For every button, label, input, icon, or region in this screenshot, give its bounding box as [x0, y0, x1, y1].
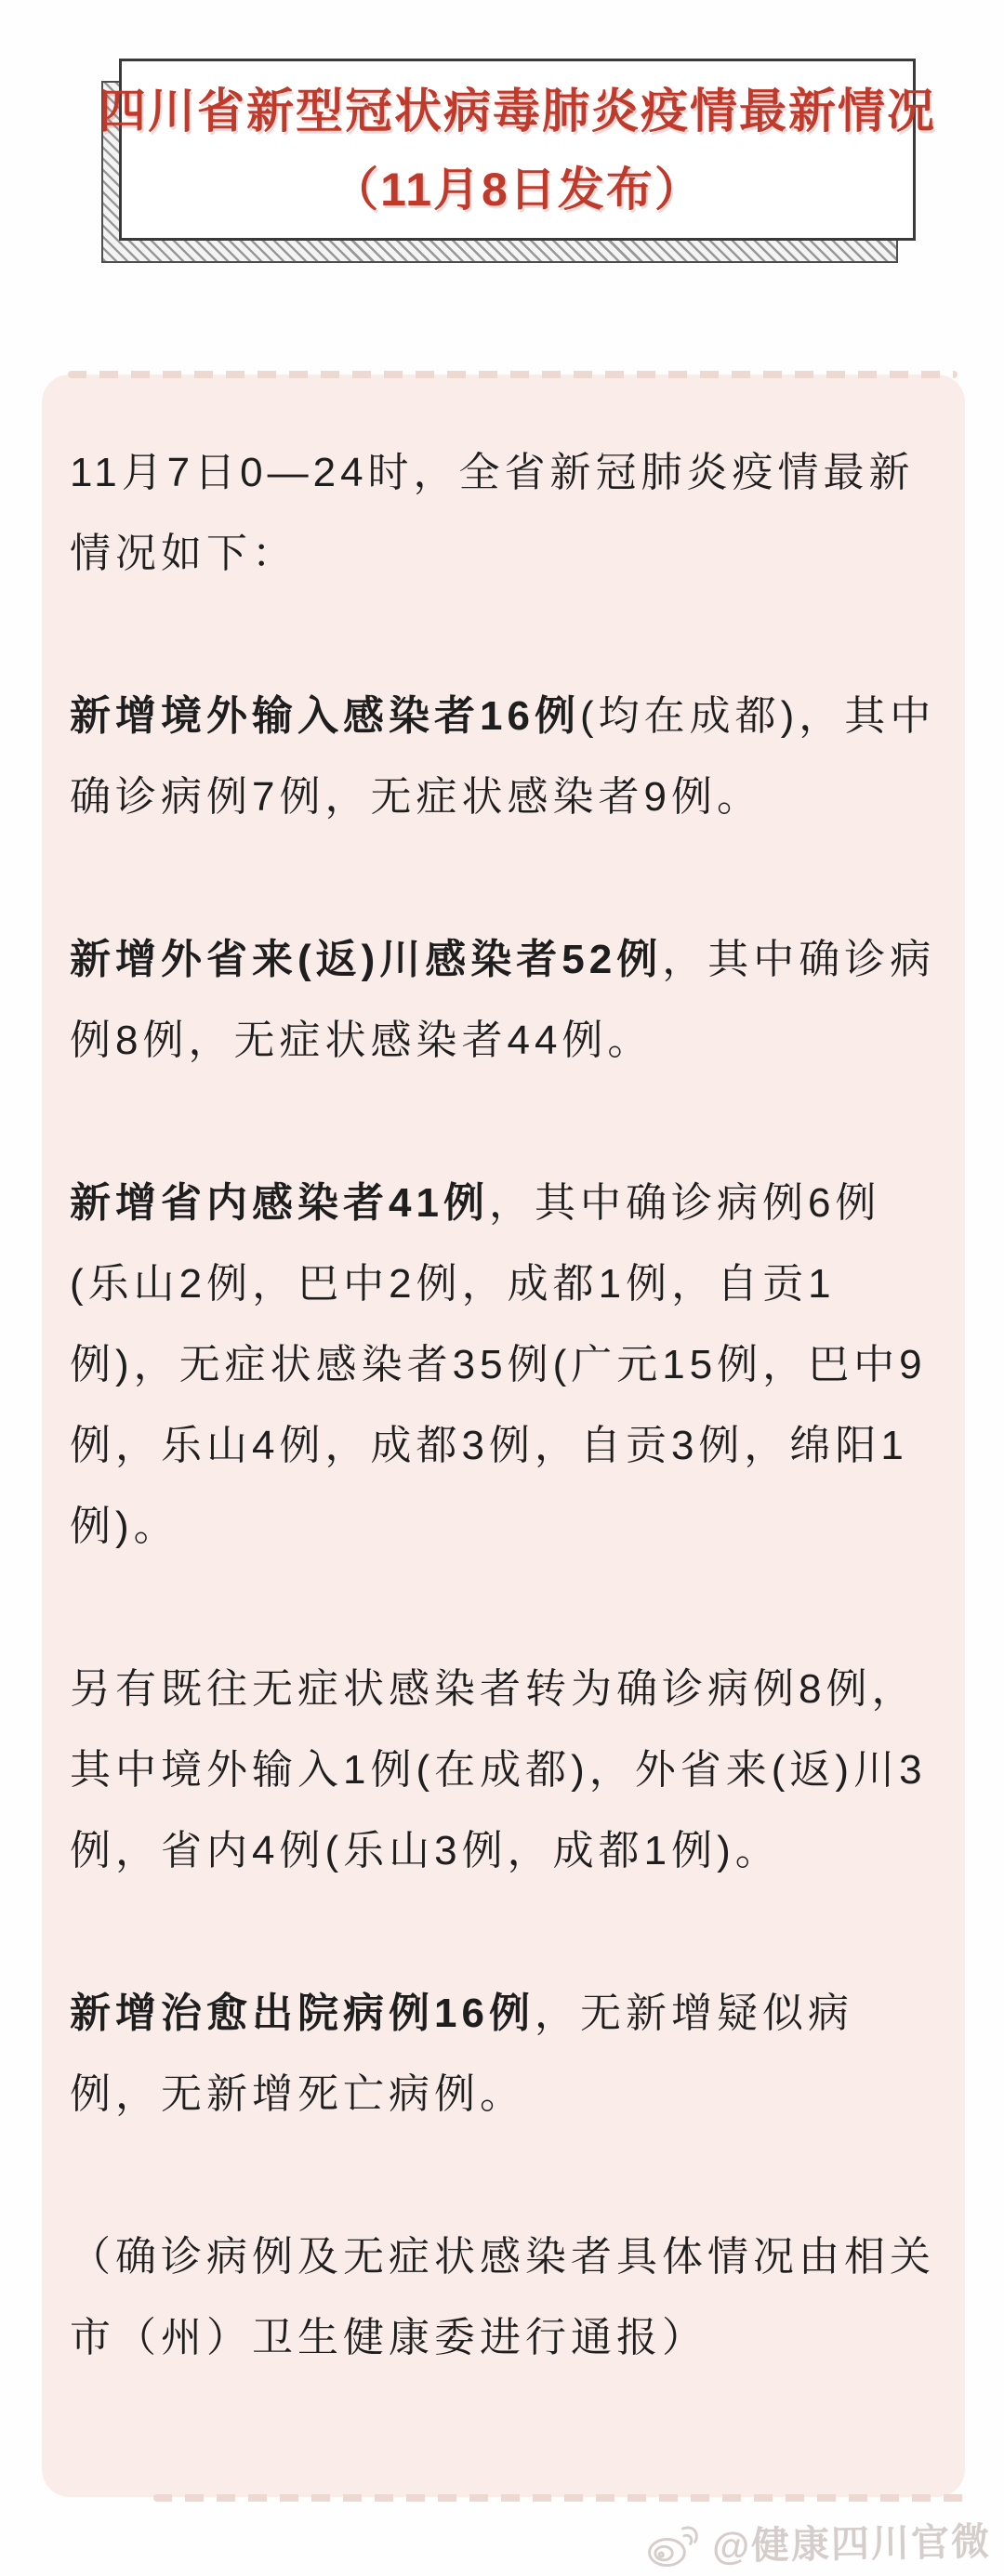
- title-line-2: （11月8日发布）: [332, 166, 703, 213]
- paragraph-bold-lead: 新增境外输入感染者16例: [70, 693, 580, 739]
- watermark: @健康四川官微: [645, 2511, 992, 2571]
- announcement-card: 11月7日0—24时，全省新冠肺炎疫情最新情况如下： 新增境外输入感染者16例(…: [42, 375, 965, 2497]
- title-plaque: 四川省新型冠状病毒肺炎疫情最新情况 （11月8日发布）: [119, 59, 916, 241]
- paragraph-text: ，其中确诊病例6例(乐山2例，巴中2例，成都1例，自贡1例)，无症状感染者35例…: [70, 1180, 927, 1549]
- weibo-logo-icon: [645, 2519, 704, 2569]
- paragraph-text: 11月7日0—24时，全省新冠肺炎疫情最新情况如下：: [70, 450, 915, 576]
- paragraph-text: （确诊病例及无症状感染者具体情况由相关市（州）卫生健康委进行通报）: [70, 2234, 935, 2360]
- stitch-border-bottom: [153, 2494, 971, 2502]
- paragraph: 新增省内感染者41例，其中确诊病例6例(乐山2例，巴中2例，成都1例，自贡1例)…: [70, 1163, 939, 1567]
- paragraph: 新增治愈出院病例16例，无新增疑似病例，无新增死亡病例。: [70, 1973, 939, 2135]
- stitch-border-top: [68, 371, 958, 378]
- title-box: 四川省新型冠状病毒肺炎疫情最新情况 （11月8日发布）: [119, 59, 916, 241]
- paragraph: 另有既往无症状感染者转为确诊病例8例，其中境外输入1例(在成都)，外省来(返)川…: [70, 1649, 939, 1891]
- paragraph-text: 另有既往无症状感染者转为确诊病例8例，其中境外输入1例(在成都)，外省来(返)川…: [70, 1666, 927, 1873]
- announcement-body: 11月7日0—24时，全省新冠肺炎疫情最新情况如下： 新增境外输入感染者16例(…: [70, 432, 939, 2460]
- paragraph: 11月7日0—24时，全省新冠肺炎疫情最新情况如下：: [70, 432, 939, 594]
- title-line-1: 四川省新型冠状病毒肺炎疫情最新情况: [99, 87, 936, 135]
- paragraph-bold-lead: 新增外省来(返)川感染者52例: [70, 937, 662, 982]
- paragraph: 新增外省来(返)川感染者52例，其中确诊病例8例，无症状感染者44例。: [70, 919, 939, 1081]
- paragraph-bold-lead: 新增治愈出院病例16例: [70, 1991, 535, 2036]
- announcement-image: { "title_card": { "line1": "四川省新型冠状病毒肺炎疫…: [0, 0, 1004, 2576]
- paragraph: 新增境外输入感染者16例(均在成都)，其中确诊病例7例，无症状感染者9例。: [70, 676, 939, 837]
- watermark-handle: @健康四川官微: [712, 2511, 992, 2570]
- paragraph-bold-lead: 新增省内感染者41例: [70, 1180, 489, 1226]
- paragraph: （确诊病例及无症状感染者具体情况由相关市（州）卫生健康委进行通报）: [70, 2216, 939, 2378]
